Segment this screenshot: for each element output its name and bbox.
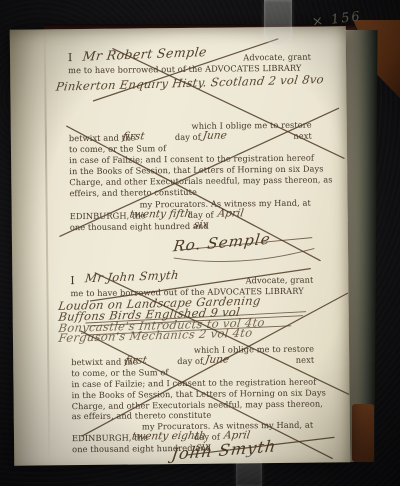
leather-corner-bottom [352,404,374,462]
form-restore-line: which I oblige me to restore [69,120,312,133]
due-month-handwritten: June [202,129,228,141]
register-page: I Mr Robert Semple Advocate, grant me to… [10,26,351,465]
borrower-name-handwritten: Mr Robert Semple [82,44,208,64]
signed-day-handwritten: twenty fifth [129,208,192,221]
form-next: next [296,355,315,365]
signed-year-handwritten: six [193,219,209,231]
form-advocate-grant: Advocate, grant [246,275,314,286]
form-day-of: day of [175,132,201,142]
due-day-handwritten: first [124,354,147,366]
due-day-handwritten: first [122,130,145,142]
retaining-strap-bottom [236,454,262,486]
form-pronoun: I [68,51,72,64]
signature-semple: Ro. Semple [172,230,272,256]
form-effeirs-line: effeirs, and thereto constitute [69,187,197,198]
loan-entry-semple: I Mr Robert Semple Advocate, grant me to… [10,46,348,270]
form-day-of: day of [177,356,203,366]
form-advocate-grant: Advocate, grant [243,52,311,63]
form-year-line: one thousand eight hundred and [70,221,209,232]
book-photograph: I Mr Robert Semple Advocate, grant me to… [0,0,400,486]
due-month-handwritten: June [204,353,230,365]
form-charge-line: Charge, and other Executorials needful, … [69,174,332,187]
form-sum-line: to come, or the Sum of [69,143,166,154]
signed-month-handwritten: April [217,207,245,219]
retaining-strap-top [264,0,292,46]
book-title-handwritten: Pinkerton Enquiry Histy. Scotland 2 vol … [55,72,325,93]
form-pronoun: I [70,274,74,287]
loan-entry-smyth: I Mr John Smyth Advocate, grant me to ha… [12,269,350,466]
form-effeirs-line: as effeirs, and thereto constitute [72,410,212,421]
borrower-name-handwritten: Mr John Smyth [84,268,179,285]
form-sum-line: to come, or the Sum of [71,367,168,378]
form-restore-line: which I oblige me to restore [71,344,314,357]
form-next: next [293,131,312,141]
